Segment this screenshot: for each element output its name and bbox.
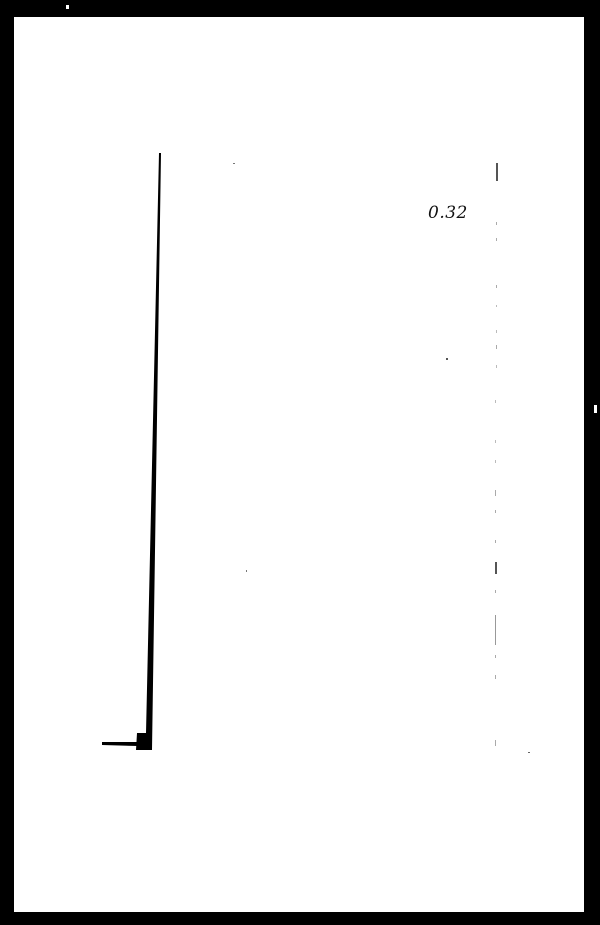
dashed-rule [495,163,498,746]
horizontal-foot [102,742,138,746]
vertical-rule [136,153,161,750]
page-markings [0,0,600,925]
handwritten-annotation: 0.32 [428,203,468,223]
